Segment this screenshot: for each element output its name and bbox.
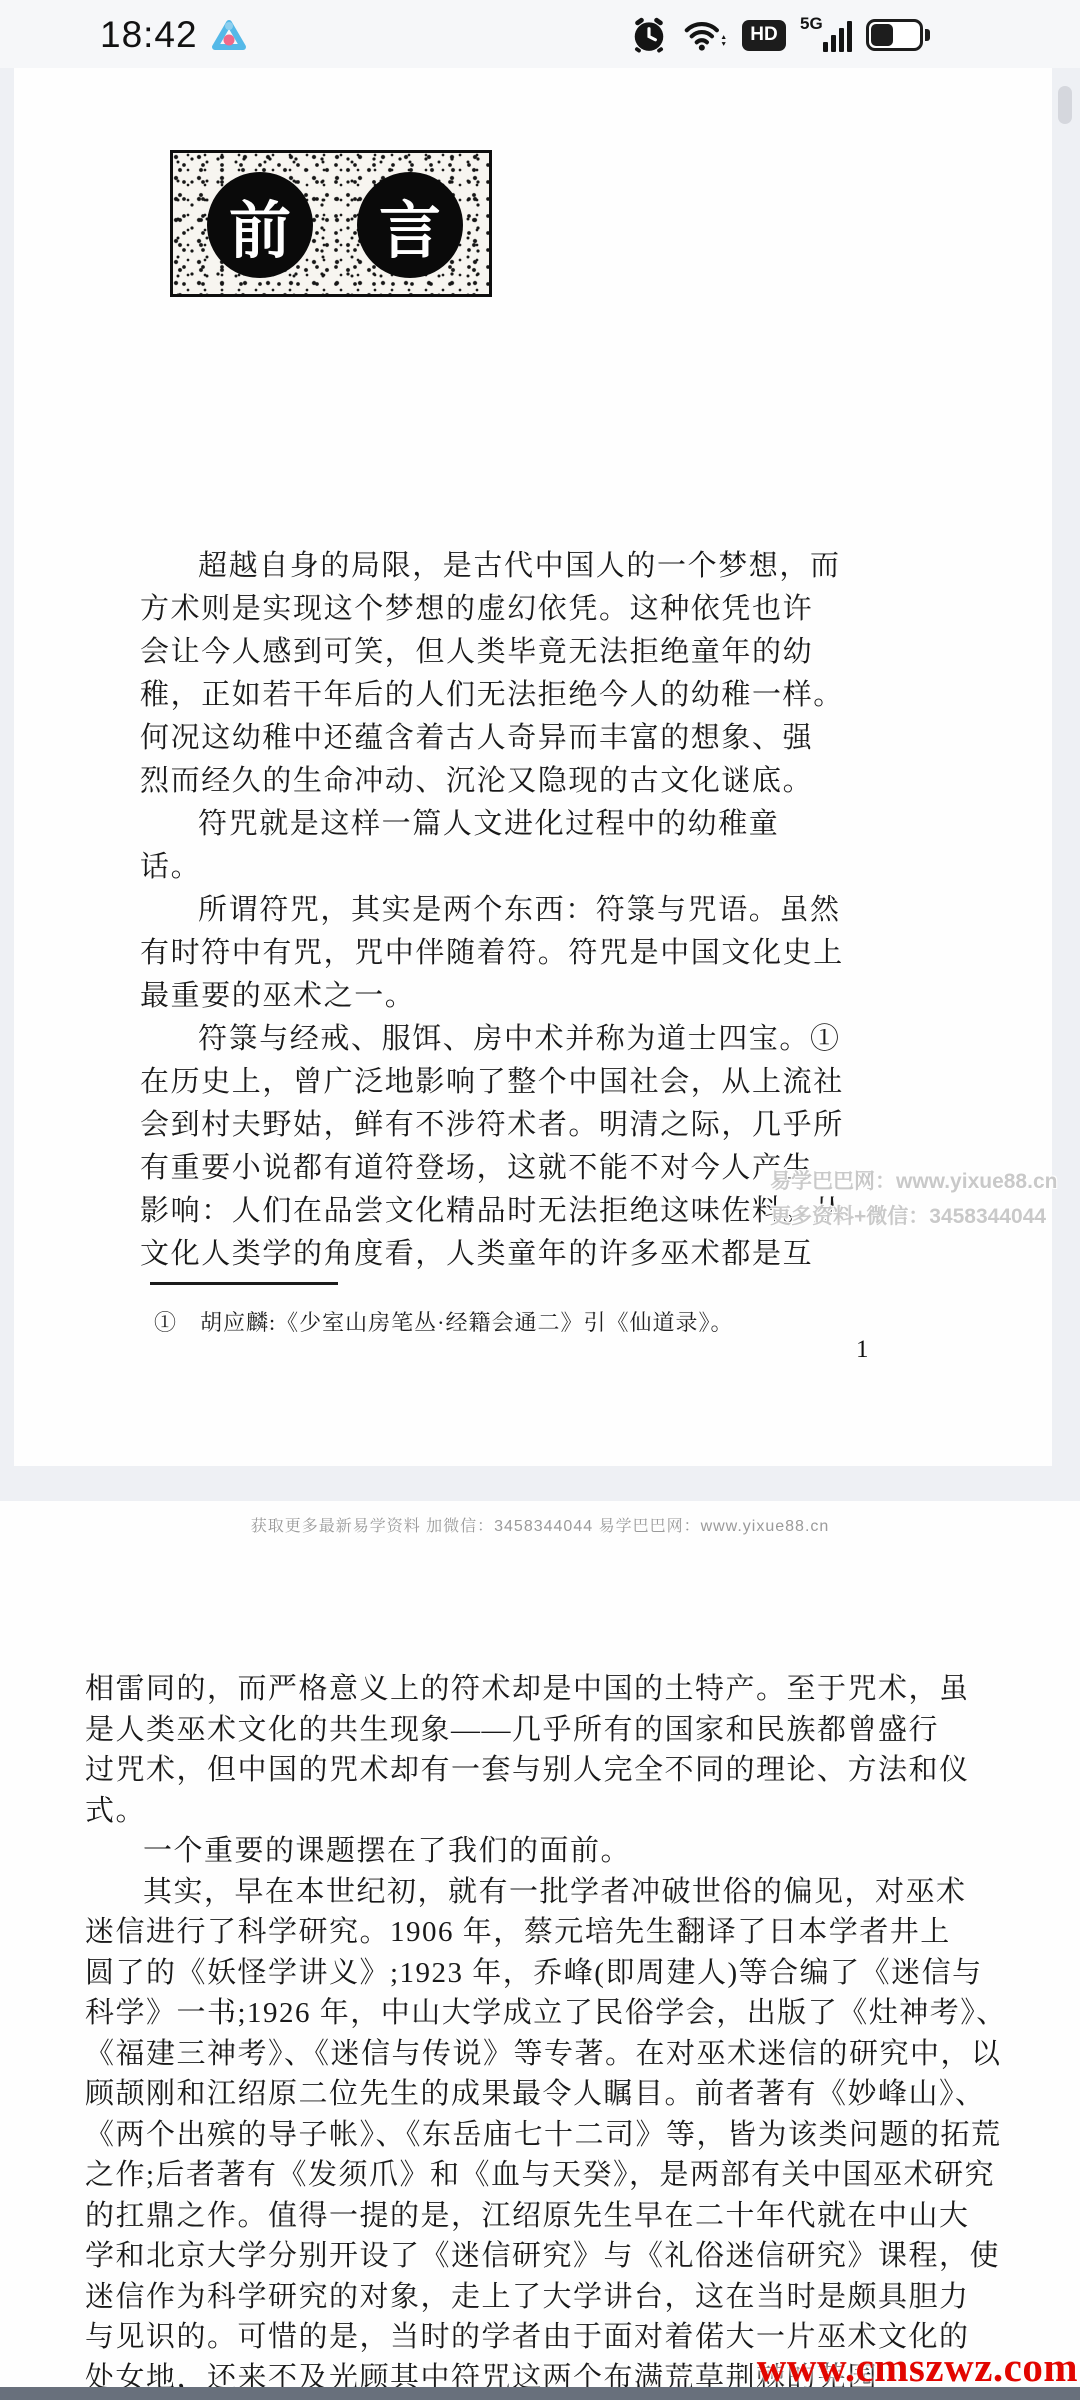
text-line: 何况这幼稚中还蕴含着古人奇异而丰富的想象、强 [140,717,880,760]
hd-label: HD [750,24,777,46]
alarm-clock-icon [630,16,668,54]
bottom-system-bar [0,2387,1080,2400]
page1-body-text: 超越自身的局限，是古代中国人的一个梦想，而 方术则是实现这个梦想的虚幻依凭。这种… [140,545,880,1276]
preface-woodcut-banner: 前 言 [170,150,492,297]
text-line: 一个重要的课题摆在了我们的面前。 [85,1831,1025,1872]
banner-char-circle: 前 [207,172,313,278]
text-line: 《两个出殡的导子帐》、《东岳庙七十二司》等，皆为该类问题的拓荒 [85,2115,1025,2156]
status-icons: HD 5G [630,14,930,56]
text-line: 迷信作为科学研究的对象，走上了大学讲台，这在当时是颇具胆力 [85,2277,1025,2318]
wifi-icon [682,16,728,54]
banner-char-circle: 言 [357,172,463,278]
signal-bars-icon [823,21,852,52]
text-line: 其实，早在本世纪初，就有一批学者冲破世俗的偏见，对巫术 [85,1872,1025,1913]
text-line: 会让今人感到可笑，但人类毕竟无法拒绝童年的幼 [140,631,880,674]
text-line: 影响：人们在品尝文化精品时无法拒绝这味佐料。从 [140,1190,880,1233]
text-line: 超越自身的局限，是古代中国人的一个梦想，而 [140,545,880,588]
text-line: 过咒术，但中国的咒术却有一套与别人完全不同的理论、方法和仪 [85,1750,1025,1791]
text-line: 符箓与经戒、服饵、房中术并称为道士四宝。① [140,1018,880,1061]
watermark-wechat: 更多资料+微信：3458344044 [770,1199,1070,1234]
text-line: 在历史上，曾广泛地影响了整个中国社会，从上流社 [140,1061,880,1104]
text-line: 符咒就是这样一篇人文进化过程中的幼稚童 [140,803,880,846]
text-line: 迷信进行了科学研究。1906 年，蔡元培先生翻译了日本学者井上 [85,1912,1025,1953]
text-line: 之作;后者著有《发须爪》和《血与天癸》，是两部有关中国巫术研究 [85,2155,1025,2196]
text-line: 所谓符咒，其实是两个东西：符箓与咒语。虽然 [140,889,880,932]
footnote-text: ① 胡应麟:《少室山房笔丛·经籍会通二》引《仙道录》。 [154,1306,733,1337]
status-bar: 18:42 HD [0,0,1080,68]
text-line: 的扛鼎之作。值得一提的是，江绍原先生早在二十年代就在中山大 [85,2196,1025,2237]
text-line: 学和北京大学分别开设了《迷信研究》与《礼俗迷信研究》课程，使 [85,2236,1025,2277]
banner-char-qian: 前 [229,181,291,270]
text-line: 圆了的《妖怪学讲义》;1923 年，乔峰(即周建人)等合编了《迷信与 [85,1953,1025,1994]
battery-icon [866,19,930,51]
text-line: 《福建三神考》、《迷信与传说》等专著。在对巫术迷信的研究中，以 [85,2034,1025,2075]
signal-5g-icon: 5G [800,16,852,54]
red-url-watermark: www.cmszwz.com [757,2343,1078,2391]
clock-time: 18:42 [100,14,198,56]
text-line: 会到村夫野姑，鲜有不涉符术者。明清之际，几乎所 [140,1104,880,1147]
watermark-embossed: 易学巴巴网：www.yixue88.cn 更多资料+微信：3458344044 [770,1164,1070,1234]
phone-screen: 18:42 HD [0,0,1080,2400]
scrollbar-handle[interactable] [1058,86,1072,124]
text-line: 烈而经久的生命冲动、沉沦又隐现的古文化谜底。 [140,760,880,803]
text-line: 是人类巫术文化的共生现象——几乎所有的国家和民族都曾盛行 [85,1710,1025,1751]
text-line: 话。 [140,846,880,889]
text-line: 相雷同的，而严格意义上的符术却是中国的土特产。至于咒术，虽 [85,1669,1025,1710]
text-line: 式。 [85,1791,1025,1832]
reader-app-logo-icon [208,16,250,58]
banner-char-yan: 言 [379,181,441,270]
book-page-1: 前 言 超越自身的局限，是古代中国人的一个梦想，而 方术则是实现这个梦想的虚幻依… [14,68,1052,1466]
hd-badge-icon: HD [742,20,786,51]
watermark-site: 易学巴巴网：www.yixue88.cn [770,1164,1070,1199]
page2-body-text: 相雷同的，而严格意义上的符术却是中国的土特产。至于咒术，虽 是人类巫术文化的共生… [85,1669,1025,2398]
text-line: 科学》一书;1926 年，中山大学成立了民俗学会，出版了《灶神考》、 [85,1993,1025,2034]
book-page-2: 获取更多最新易学资料 加微信：3458344044 易学巴巴网：www.yixu… [0,1501,1080,2400]
text-line: 最重要的巫术之一。 [140,975,880,1018]
text-line: 顾颉刚和江绍原二位先生的成果最令人瞩目。前者著有《妙峰山》、 [85,2074,1025,2115]
text-line: 方术则是实现这个梦想的虚幻依凭。这种依凭也许 [140,588,880,631]
footnote-divider [150,1282,338,1285]
signal-5g-label: 5G [800,14,823,34]
text-line: 有重要小说都有道符登场，这就不能不对今人产生 [140,1147,880,1190]
page2-header-watermark: 获取更多最新易学资料 加微信：3458344044 易学巴巴网：www.yixu… [0,1513,1080,1536]
text-line: 有时符中有咒，咒中伴随着符。符咒是中国文化史上 [140,932,880,975]
text-line: 文化人类学的角度看，人类童年的许多巫术都是互 [140,1233,880,1276]
text-line: 稚，正如若干年后的人们无法拒绝今人的幼稚一样。 [140,674,880,717]
page-number: 1 [856,1336,869,1364]
